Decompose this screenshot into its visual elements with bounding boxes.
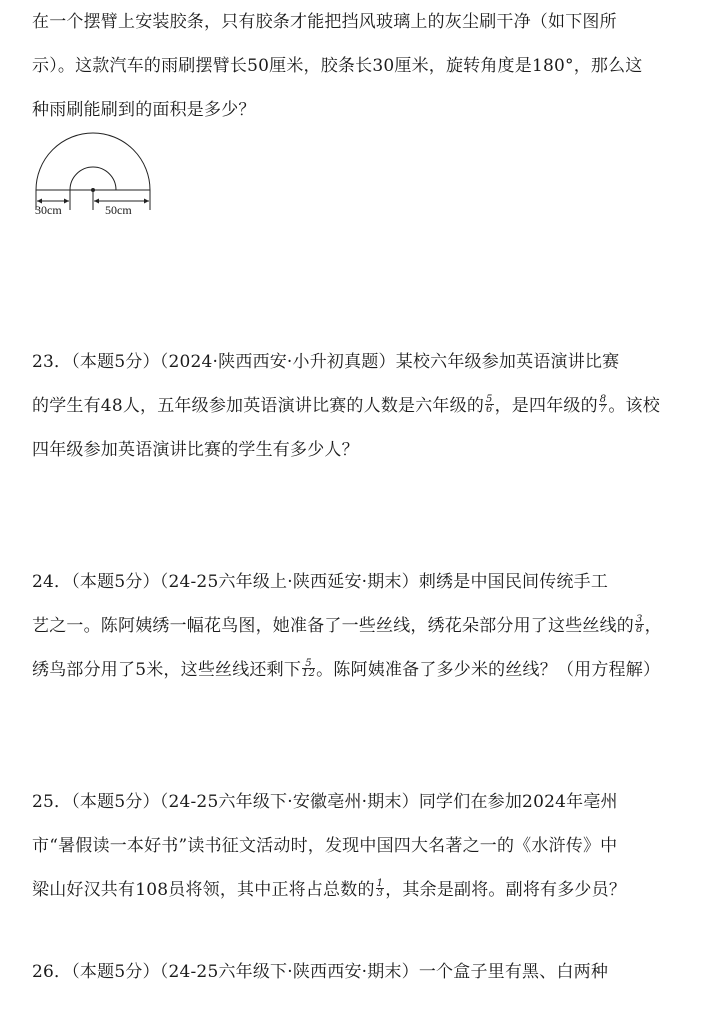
fraction-3-8: 38 [635, 615, 644, 634]
fraction-1-3: 13 [376, 879, 385, 898]
fraction-5-12: 512 [302, 659, 315, 678]
q25-line-1: 25．（本题5分）（24-25六年级下·安徽亳州·期末）同学们在参加2024年亳… [32, 790, 618, 814]
q25-text: 梁山好汉共有108员将领，其中正将占总数的 [32, 880, 375, 900]
fraction-5-6: 56 [485, 395, 494, 414]
q25-text: ，其余是副将。副将有多少员？ [385, 880, 626, 900]
q24-text: ， [645, 616, 662, 636]
q23-line-3: 四年级参加英语演讲比赛的学生有多少人？ [32, 438, 359, 462]
q25-line-2: 市“暑假读一本好书”读书征文活动时，发现中国四大名著之一的《水浒传》中 [32, 834, 617, 858]
q24-text: 艺之一。陈阿姨绣一幅花鸟图，她准备了一些丝线，绣花朵部分用了这些丝线的 [32, 616, 634, 636]
q22-line-1: 在一个摆臂上安装胶条，只有胶条才能把挡风玻璃上的灰尘刷干净（如下图所 [32, 10, 617, 34]
wiper-semicircle-figure: 30cm 50cm [30, 128, 160, 223]
q23-text: 。该校 [608, 396, 660, 416]
q24-line-1: 24．（本题5分）（24-25六年级上·陕西延安·期末）刺绣是中国民间传统手工 [32, 570, 608, 594]
q23-text: ，是四年级的 [495, 396, 598, 416]
q25-line-3: 梁山好汉共有108员将领，其中正将占总数的13，其余是副将。副将有多少员？ [32, 878, 626, 902]
figure-label-50cm: 50cm [105, 203, 132, 218]
q24-line-2: 艺之一。陈阿姨绣一幅花鸟图，她准备了一些丝线，绣花朵部分用了这些丝线的38， [32, 614, 662, 638]
q22-line-2: 示）。这款汽车的雨刷摆臂长50厘米，胶条长30厘米，旋转角度是180°，那么这 [32, 54, 643, 78]
q23-line-2: 的学生有48人，五年级参加英语演讲比赛的人数是六年级的56，是四年级的87。该校 [32, 394, 660, 418]
q24-text: 。陈阿姨准备了多少米的丝线？（用方程解） [316, 660, 660, 680]
figure-label-30cm: 30cm [35, 203, 62, 218]
q22-line-3: 种雨刷能刷到的面积是多少？ [32, 98, 256, 122]
q24-text: 绣鸟部分用了5米，这些丝线还剩下 [32, 660, 301, 680]
q24-line-3: 绣鸟部分用了5米，这些丝线还剩下512。陈阿姨准备了多少米的丝线？（用方程解） [32, 658, 660, 682]
q23-line-1: 23．（本题5分）（2024·陕西西安·小升初真题）某校六年级参加英语演讲比赛 [32, 350, 619, 374]
q23-text: 的学生有48人，五年级参加英语演讲比赛的人数是六年级的 [32, 396, 484, 416]
fraction-8-7: 87 [599, 395, 608, 414]
q26-line-1: 26．（本题5分）（24-25六年级下·陕西西安·期末）一个盒子里有黑、白两种 [32, 960, 608, 984]
